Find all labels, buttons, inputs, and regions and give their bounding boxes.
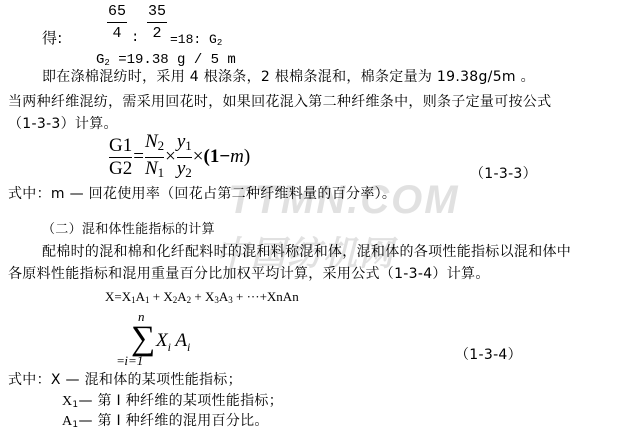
fraction-numerator: 65 <box>107 4 127 20</box>
weighted-sum-expansion: X=X1A1 + X2A2 + X3A3 + ···+XnAn <box>105 289 299 305</box>
subscript: 2 <box>158 138 165 153</box>
where-item-a1: A1— 第 I 种纤维的混用百分比。 <box>62 413 269 433</box>
fraction-35-over-2: 35 2 <box>147 4 167 42</box>
denominator: y2 <box>177 159 192 183</box>
subscript: 1 <box>185 138 192 153</box>
numerator: N2 <box>145 132 164 156</box>
var: A <box>62 414 72 429</box>
expansion-tail: ···+XnAn <box>247 289 299 304</box>
sum-lower-limit: =i=1 <box>117 353 143 369</box>
g2-value: =19.38 g / 5 m <box>110 52 236 68</box>
subscript: i <box>187 340 190 354</box>
formula-number: （1-3-4） <box>455 347 522 363</box>
ratio-result-text: =18: G <box>170 32 217 47</box>
fraction-g1-g2: G1 G2 <box>109 136 132 179</box>
fraction-denominator: 4 <box>107 26 127 42</box>
denominator: G2 <box>109 159 132 179</box>
plus: + <box>233 289 247 304</box>
paren-open: (1− <box>204 146 231 167</box>
plus: + <box>191 289 205 304</box>
where-item-text: — 第 I 种纤维的混用百分比。 <box>78 413 268 429</box>
subscript: 1 <box>158 165 165 180</box>
fraction-n2-n1: N2 N1 <box>145 132 164 183</box>
denominator: N1 <box>145 159 164 183</box>
var: A <box>177 289 186 304</box>
formula-number: （1-3-3） <box>470 166 537 182</box>
conclusion-line: 即在涤棉混纺时，采用 4 根涤条，2 根棉条混和，棉条定量为 19.38g/5m… <box>42 69 535 85</box>
lower-index: i=1 <box>124 353 143 368</box>
var: N <box>145 131 158 152</box>
fraction-bar <box>147 22 167 23</box>
where-item-x1: X1— 第 I 种纤维的某项性能指标； <box>62 393 283 413</box>
numerator: y1 <box>177 132 192 156</box>
paragraph-line: 配棉时的混和棉和化纤配料时的混和料称混和体，混和体的各项性能指标以混和体中 <box>42 244 571 260</box>
where-lead: 式中：X — 混和体的某项性能指标； <box>8 372 242 388</box>
subscript: 2 <box>217 38 222 48</box>
var-x: X <box>156 330 168 351</box>
var-m: m <box>230 146 244 167</box>
fraction-numerator: 35 <box>147 4 167 20</box>
formula-1-3-3: G1 G2 = N2 N1 × y1 y2 ×(1−m) <box>108 132 250 183</box>
var: X <box>163 289 172 304</box>
equals-sign: = <box>133 146 144 167</box>
paragraph-line: 各原料性能指标和混用重量百分比加权平均计算，采用公式（1-3-4）计算。 <box>8 266 490 282</box>
result-label: 得: <box>42 30 63 46</box>
paragraph-line: （1-3-3）计算。 <box>8 116 118 132</box>
fraction-denominator: 2 <box>147 26 167 42</box>
numerator: G1 <box>109 136 132 156</box>
subscript: i <box>168 340 171 354</box>
where-item-text: — 第 I 种纤维的某项性能指标； <box>78 393 283 409</box>
paragraph-line: 当两种纤维混纺，需采用回花时，如果回花混入第二种纤维条中，则条子定量可按公式 <box>8 94 551 110</box>
sum-term: Xi Ai <box>156 330 190 355</box>
ratio-separator: : <box>131 30 139 46</box>
times-sign: × <box>165 146 176 167</box>
fraction-bar <box>107 22 127 23</box>
fraction-65-over-4: 65 4 <box>107 4 127 42</box>
var: A <box>219 289 228 304</box>
plus: + <box>150 289 164 304</box>
fraction-y1-y2: y1 y2 <box>177 132 192 183</box>
var: A <box>136 289 145 304</box>
g2-value-line: G2 =19.38 g / 5 m <box>96 52 236 68</box>
paren-close: ) <box>244 146 250 167</box>
expansion-lhs: X=X <box>105 289 131 304</box>
times-sign: × <box>193 146 204 167</box>
where-line: 式中：m — 回花使用率（回花占第二种纤维料量的百分率）。 <box>8 186 396 202</box>
var: X <box>205 289 214 304</box>
section-heading: （二）混和体性能指标的计算 <box>42 222 215 238</box>
var: N <box>145 158 158 179</box>
ratio-result: =18: G2 <box>170 32 222 48</box>
subscript: 2 <box>185 165 192 180</box>
var-a: A <box>175 330 187 351</box>
sum-symbol: ∑ <box>131 322 155 356</box>
var: X <box>62 394 72 409</box>
